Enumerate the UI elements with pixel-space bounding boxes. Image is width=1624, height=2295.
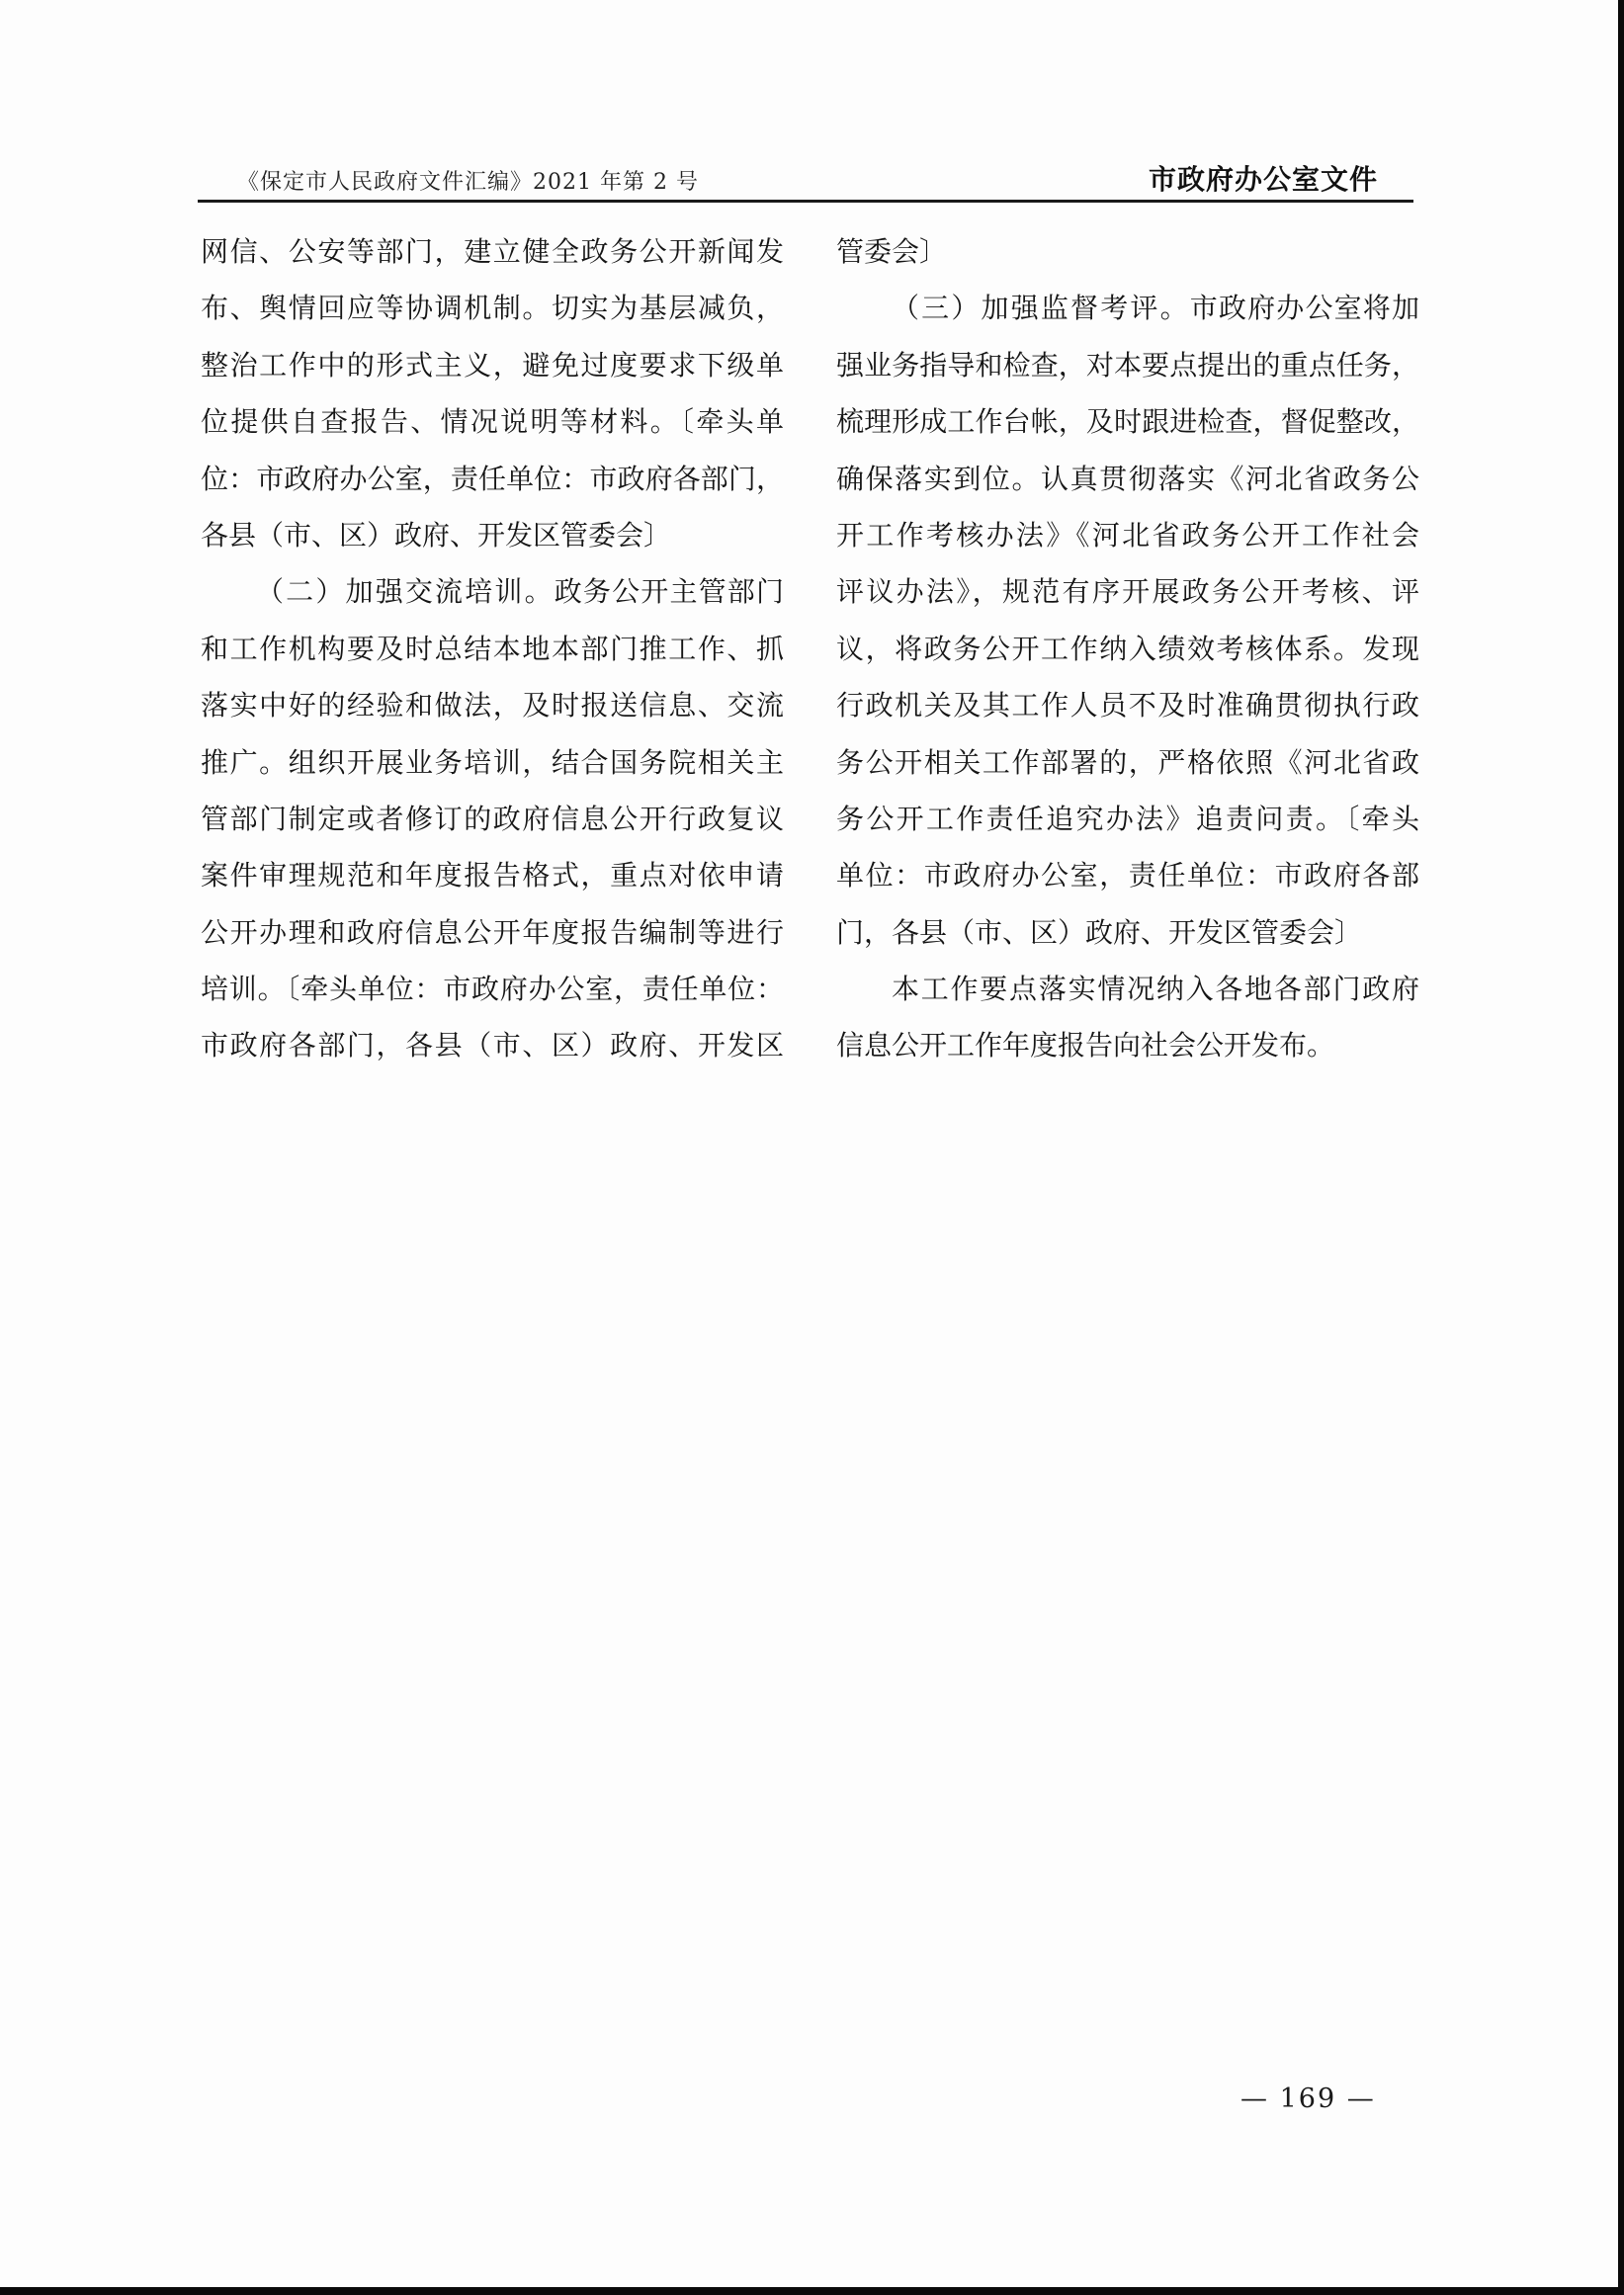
text-line: 务公开工作责任追究办法》追责问责。〔牵头 [836,791,1419,847]
text-line: 位：市政府办公室，责任单位：市政府各部门， [201,451,784,507]
section-heading-line: （二）加强交流培训。政务公开主管部门 [201,563,784,620]
text-run: 市政府办公室将加 [1190,292,1419,324]
text-line: 位提供自查报告、情况说明等材料。〔牵头单 [201,393,784,450]
section-heading-2: （二）加强交流培训。 [256,575,555,608]
text-line: 市政府各部门，各县（市、区）政府、开发区 [201,1017,784,1073]
page-number: — 169 — [1240,2083,1376,2114]
text-line: 管委会〕 [836,223,1419,280]
text-line: 推广。组织开展业务培训，结合国务院相关主 [201,734,784,791]
text-line: 信息公开工作年度报告向社会公开发布。 [836,1017,1419,1073]
document-page: 《保定市人民政府文件汇编》2021 年第 2 号 市政府办公室文件 网信、公安等… [0,0,1624,2295]
text-line: 门，各县（市、区）政府、开发区管委会〕 [836,904,1419,961]
text-line: 评议办法》，规范有序开展政务公开考核、评 [836,563,1419,620]
text-line: 各县（市、区）政府、开发区管委会〕 [201,507,784,563]
running-header: 《保定市人民政府文件汇编》2021 年第 2 号 市政府办公室文件 [198,158,1413,202]
text-line: 整治工作中的形式主义，避免过度要求下级单 [201,337,784,393]
text-line: 布、舆情回应等协调机制。切实为基层减负， [201,280,784,336]
text-line: 网信、公安等部门，建立健全政务公开新闻发 [201,223,784,280]
text-line: 本工作要点落实情况纳入各地各部门政府 [836,961,1419,1017]
text-run: 政务公开主管部门 [555,575,784,608]
text-line: 公开办理和政府信息公开年度报告编制等进行 [201,904,784,961]
text-line: 议，将政务公开工作纳入绩效考核体系。发现 [836,621,1419,677]
text-line: 确保落实到位。认真贯彻落实《河北省政务公 [836,451,1419,507]
header-divider [198,200,1413,203]
right-column: 管委会〕 （三）加强监督考评。市政府办公室将加 强业务指导和检查，对本要点提出的… [836,223,1419,1074]
text-line: 落实中好的经验和做法，及时报送信息、交流 [201,677,784,733]
text-line: 梳理形成工作台帐，及时跟进检查，督促整改， [836,393,1419,450]
scan-edge-bottom [0,2287,1624,2295]
section-heading-3: （三）加强监督考评。 [892,292,1190,324]
text-line: 和工作机构要及时总结本地本部门推工作、抓 [201,621,784,677]
publication-title: 《保定市人民政府文件汇编》2021 年第 2 号 [237,165,699,196]
text-line: 单位：市政府办公室，责任单位：市政府各部 [836,847,1419,903]
text-line: 强业务指导和检查，对本要点提出的重点任务， [836,337,1419,393]
left-column: 网信、公安等部门，建立健全政务公开新闻发 布、舆情回应等协调机制。切实为基层减负… [201,223,784,1074]
text-line: 务公开相关工作部署的，严格依照《河北省政 [836,734,1419,791]
section-heading-line: （三）加强监督考评。市政府办公室将加 [836,280,1419,336]
text-line: 培训。〔牵头单位：市政府办公室，责任单位： [201,961,784,1017]
scan-edge-right [1618,0,1624,2295]
text-line: 案件审理规范和年度报告格式，重点对依申请 [201,847,784,903]
text-line: 管部门制定或者修订的政府信息公开行政复议 [201,791,784,847]
text-line: 开工作考核办法》《河北省政务公开工作社会 [836,507,1419,563]
text-line: 行政机关及其工作人员不及时准确贯彻执行政 [836,677,1419,733]
section-title: 市政府办公室文件 [1149,158,1378,198]
